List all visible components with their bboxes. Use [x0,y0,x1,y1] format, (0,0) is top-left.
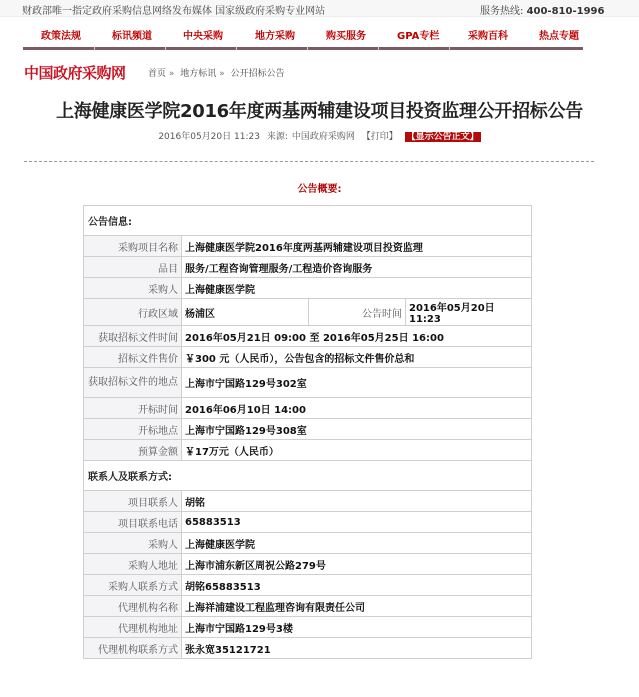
nav-item-local-procurement[interactable]: 地方采购 [255,27,295,42]
row-label: 项目联系人 [84,491,182,512]
open-time-value: 2016年06月10日 14:00 [182,398,532,419]
row-label: 行政区域 [84,299,182,326]
service-hotline: 服务热线: 400-810-1996 [480,2,604,17]
source-label: 来源: [267,132,288,142]
budget-value: ￥17万元（人民币） [182,440,532,461]
source-name: 中国政府采购网 [292,132,355,142]
nav-item-central-procurement[interactable]: 中央采购 [183,27,223,42]
hotline-label: 服务热线: [480,6,523,17]
doc-time-value: 2016年05月21日 09:00 至 2016年05月25日 16:00 [182,326,532,347]
nav-divider [165,47,166,50]
agency-name-value: 上海祥浦建设工程监理咨询有限责任公司 [182,596,532,617]
table-row: 行政区域 杨浦区 公告时间 2016年05月20日 11:23 [84,299,532,326]
row-label: 采购项目名称 [84,236,182,257]
row-label: 公告时间 [309,299,406,326]
announce-time-value: 2016年05月20日 11:23 [406,299,532,326]
table-row: 招标文件售价 ￥300 元（人民币），公告包含的招标文件售价总和 [84,347,532,368]
row-label: 开标时间 [84,398,182,419]
table-row: 采购人联系方式 胡铭65883513 [84,575,532,596]
table-row: 获取招标文件时间 2016年05月21日 09:00 至 2016年05月25日… [84,326,532,347]
contact-section-header: 联系人及联系方式: [84,461,532,491]
table-row: 品目 服务/工程咨询管理服务/工程造价咨询服务 [84,257,532,278]
row-label: 招标文件售价 [84,347,182,368]
summary-title: 公告概要: [0,180,639,195]
category-value: 服务/工程咨询管理服务/工程造价咨询服务 [182,257,532,278]
nav-underline [23,47,583,50]
breadcrumb-local-bids[interactable]: 地方标讯 [180,69,216,79]
agency-address-value: 上海市宁国路129号3楼 [182,617,532,638]
project-name-value: 上海健康医学院2016年度两基两辅建设项目投资监理 [182,236,532,257]
contact-purchaser-value: 上海健康医学院 [182,533,532,554]
doc-price-value: ￥300 元（人民币），公告包含的招标文件售价总和 [182,347,532,368]
publish-datetime: 2016年05月20日 11:23 [158,132,260,142]
print-button[interactable]: 【打印】 [362,132,398,142]
site-slogan: 财政部唯一指定政府采购信息网络发布媒体 国家级政府采购专业网站 [22,2,325,17]
row-label: 代理机构名称 [84,596,182,617]
nav-divider [378,47,379,50]
page-title: 上海健康医学院2016年度两基两辅建设项目投资监理公开招标公告 [0,97,639,123]
row-label: 获取招标文件的地点 [84,368,182,398]
row-label: 采购人 [84,278,182,299]
nav-divider [449,47,450,50]
row-label: 采购人联系方式 [84,575,182,596]
table-row: 代理机构地址 上海市宁国路129号3楼 [84,617,532,638]
article-meta: 2016年05月20日 11:23 来源:中国政府采购网 【打印】 【显示公告正… [0,129,639,142]
table-row: 项目联系人 胡铭 [84,491,532,512]
row-label: 采购人 [84,533,182,554]
table-row: 公告信息: [84,206,532,236]
table-row: 代理机构名称 上海祥浦建设工程监理咨询有限责任公司 [84,596,532,617]
show-body-button[interactable]: 【显示公告正文】 [405,132,481,142]
nav-item-policy[interactable]: 政策法规 [41,27,81,42]
table-row: 代理机构联系方式 张永宽35121721 [84,638,532,659]
row-label: 开标地点 [84,419,182,440]
table-row: 采购项目名称 上海健康医学院2016年度两基两辅建设项目投资监理 [84,236,532,257]
row-label: 获取招标文件时间 [84,326,182,347]
breadcrumb-home[interactable]: 首页 [148,69,166,79]
summary-table: 公告信息: 采购项目名称 上海健康医学院2016年度两基两辅建设项目投资监理 品… [83,205,532,659]
site-logo[interactable]: 中国政府采购网 [24,62,126,83]
purchaser-contact-value: 胡铭65883513 [182,575,532,596]
top-bar: 财政部唯一指定政府采购信息网络发布媒体 国家级政府采购专业网站 服务热线: 40… [0,0,639,17]
table-row: 项目联系电话 65883513 [84,512,532,533]
announcement-section-header: 公告信息: [84,206,532,236]
breadcrumb-separator: » [219,69,225,79]
hotline-number: 400-810-1996 [527,6,605,17]
open-location-value: 上海市宁国路129号308室 [182,419,532,440]
doc-location-value: 上海市宁国路129号302室 [182,368,532,398]
row-label: 品目 [84,257,182,278]
purchaser-address-value: 上海市浦东新区周祝公路279号 [182,554,532,575]
project-contact-value: 胡铭 [182,491,532,512]
table-row: 采购人 上海健康医学院 [84,533,532,554]
nav-item-purchase-services[interactable]: 购买服务 [326,27,366,42]
nav-item-encyclopedia[interactable]: 采购百科 [468,27,508,42]
main-nav: 政策法规 标讯频道 中央采购 地方采购 购买服务 GPA专栏 采购百科 热点专题 [23,27,583,47]
row-label: 代理机构地址 [84,617,182,638]
purchaser-value: 上海健康医学院 [182,278,532,299]
nav-divider [307,47,308,50]
row-label: 采购人地址 [84,554,182,575]
row-label: 预算金额 [84,440,182,461]
breadcrumb-current[interactable]: 公开招标公告 [231,69,285,79]
nav-item-gpa[interactable]: GPA专栏 [397,27,439,42]
nav-item-bidding-channel[interactable]: 标讯频道 [112,27,152,42]
breadcrumb-separator: » [169,69,175,79]
nav-divider [236,47,237,50]
divider [24,161,594,162]
region-value: 杨浦区 [182,299,309,326]
table-row: 获取招标文件的地点 上海市宁国路129号302室 [84,368,532,398]
row-label: 项目联系电话 [84,512,182,533]
nav-divider [94,47,95,50]
nav-item-hot-topics[interactable]: 热点专题 [539,27,579,42]
table-row: 采购人地址 上海市浦东新区周祝公路279号 [84,554,532,575]
project-phone-value: 65883513 [182,512,532,533]
row-label: 代理机构联系方式 [84,638,182,659]
breadcrumb: 首页 » 地方标讯 » 公开招标公告 [148,66,285,79]
table-row: 联系人及联系方式: [84,461,532,491]
table-row: 预算金额 ￥17万元（人民币） [84,440,532,461]
table-row: 采购人 上海健康医学院 [84,278,532,299]
agency-contact-value: 张永宽35121721 [182,638,532,659]
table-row: 开标地点 上海市宁国路129号308室 [84,419,532,440]
table-row: 开标时间 2016年06月10日 14:00 [84,398,532,419]
